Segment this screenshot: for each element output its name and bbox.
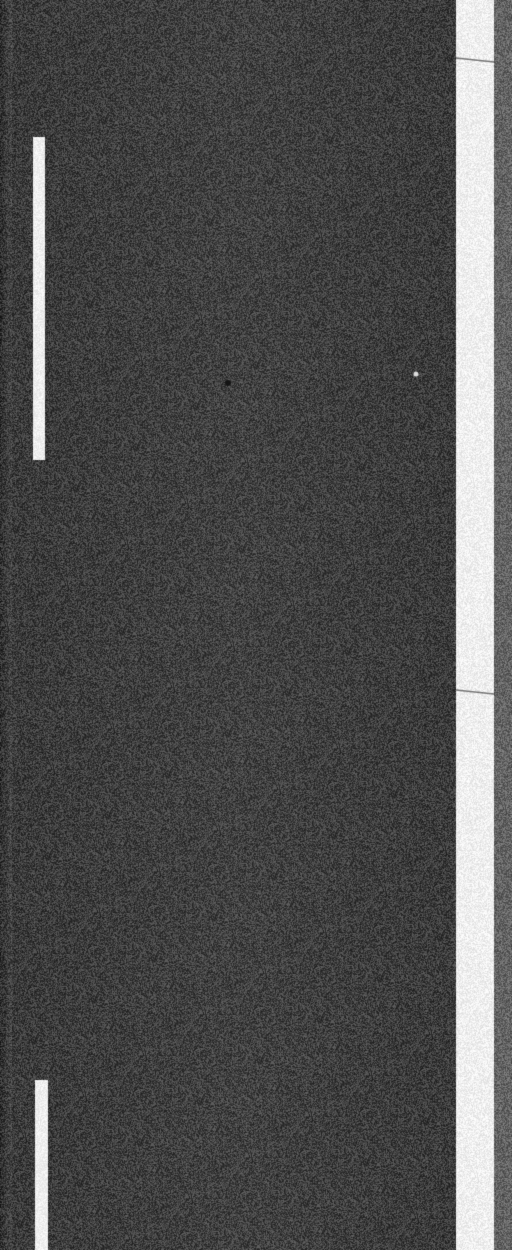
road-scene — [0, 0, 512, 1250]
asphalt-surface — [0, 0, 512, 1250]
